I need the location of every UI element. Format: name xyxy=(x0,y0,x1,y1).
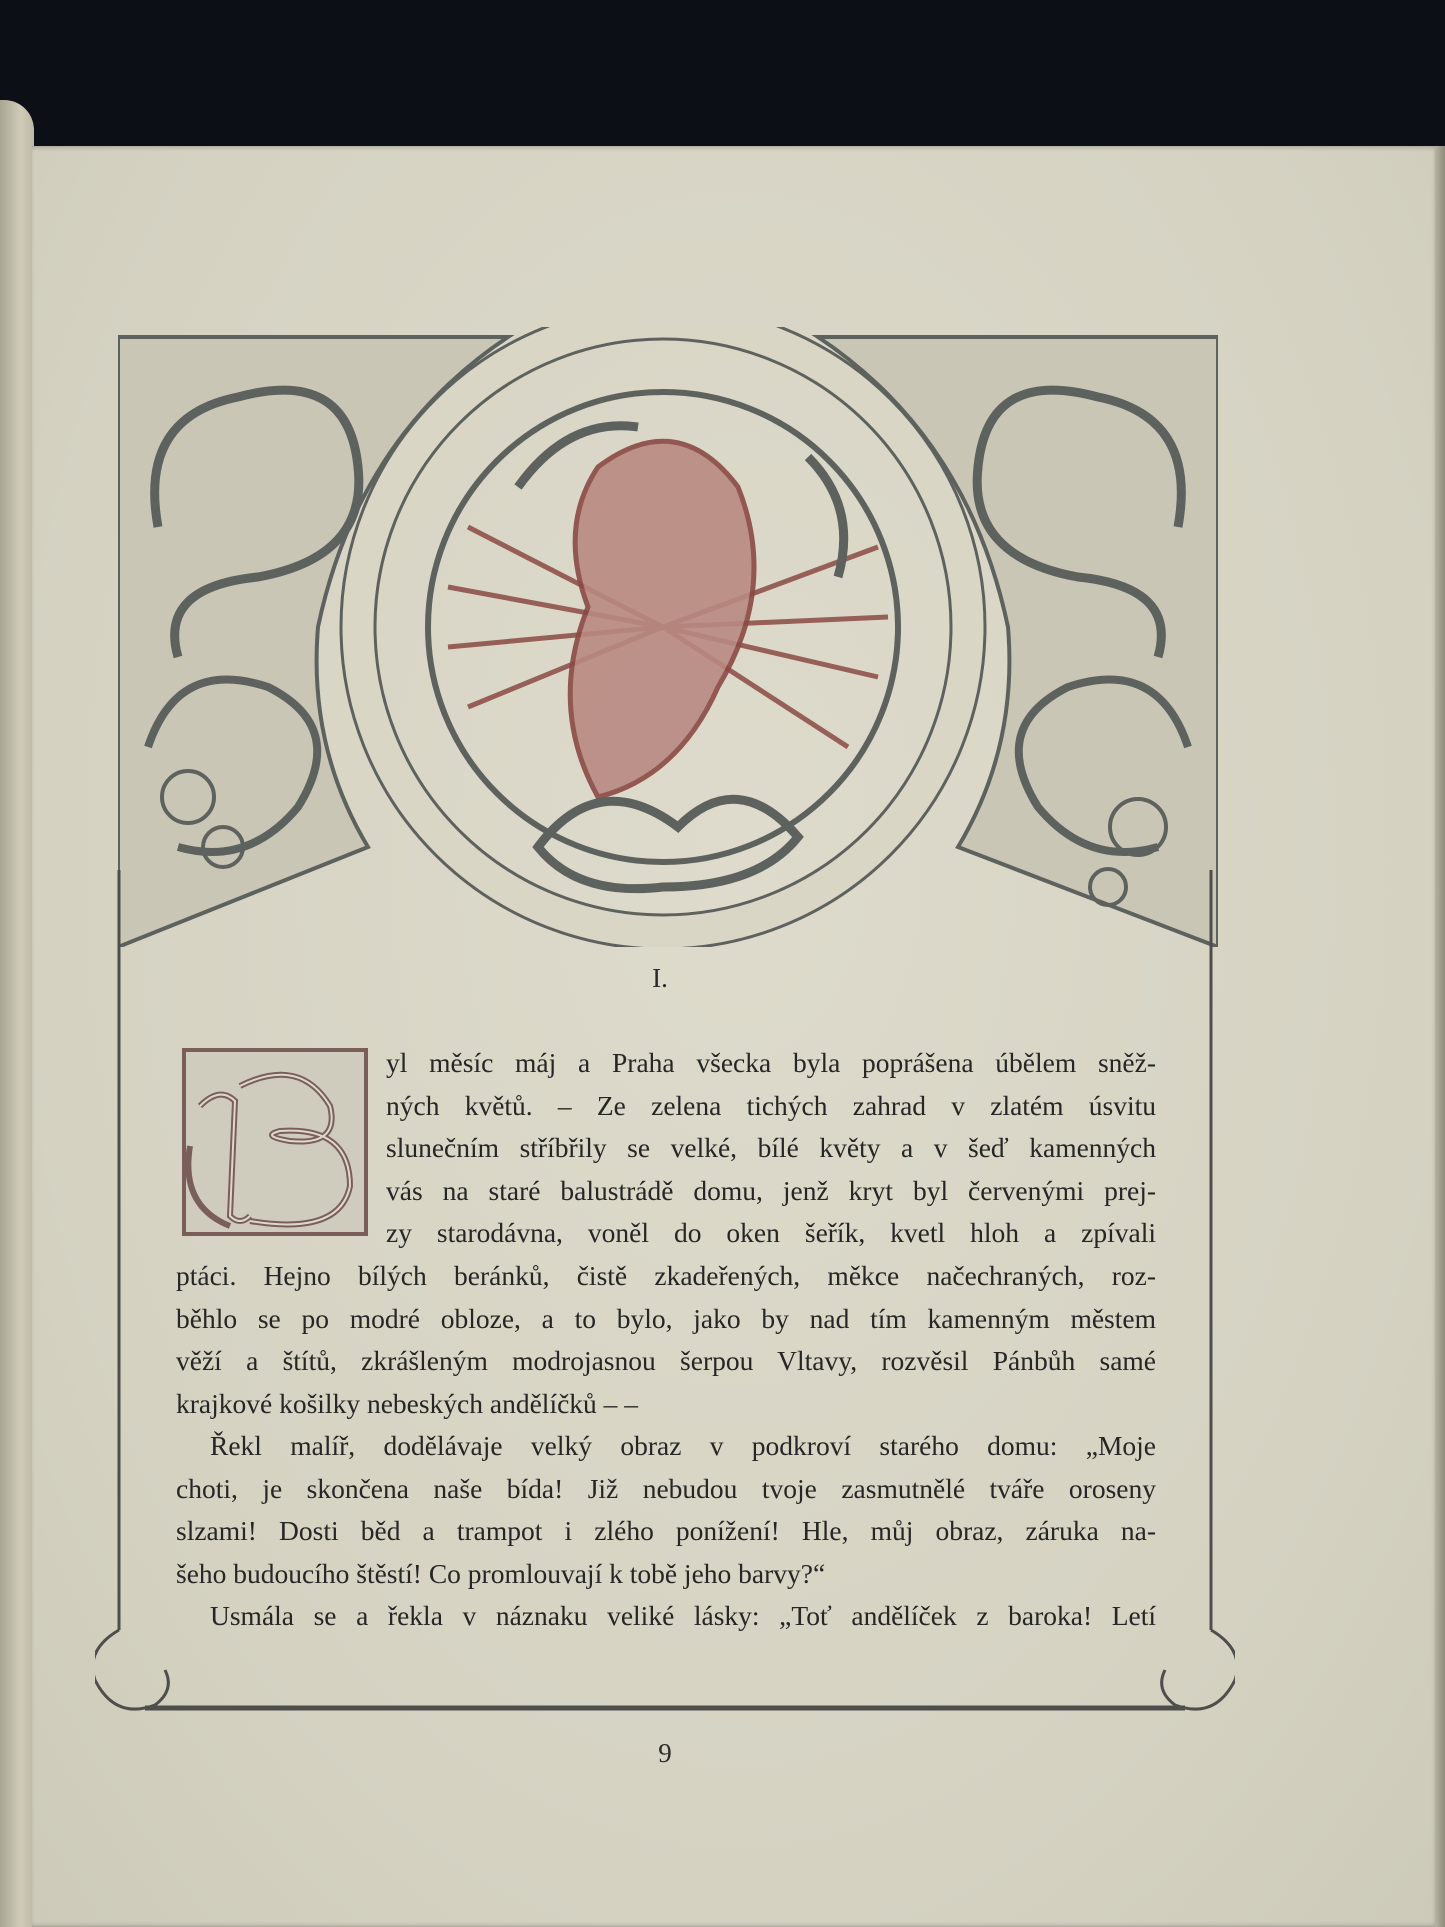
text-line: slunečním stříbřily se velké, bílé květy… xyxy=(386,1127,1156,1170)
facing-page-edge xyxy=(0,100,34,1927)
text-line: zy starodávna, voněl do oken šeřík, kvet… xyxy=(386,1212,1156,1255)
text-line: choti, je skončena naše bída! Již nebudo… xyxy=(176,1468,1156,1511)
text-line: krajkové košilky nebeských andělíčků – – xyxy=(176,1383,1156,1426)
text-line: Řekl malíř, dodělávaje velký obraz v pod… xyxy=(176,1425,1156,1468)
text-line: Usmála se a řekla v náznaku veliké lásky… xyxy=(176,1595,1156,1638)
header-ornament-illustration xyxy=(118,327,1218,947)
body-text: ptáci. Hejno bílých beránků, čistě zkade… xyxy=(176,1255,1156,1638)
text-line: ptáci. Hejno bílých beránků, čistě zkade… xyxy=(176,1255,1156,1298)
chapter-heading: I. xyxy=(0,963,1320,994)
drop-cap-b-ornament xyxy=(180,1046,370,1238)
text-line: slzami! Dosti běd a trampot i zlého poní… xyxy=(176,1510,1156,1553)
text-line: šeho budoucího štěstí! Co promlouvají k … xyxy=(176,1553,1156,1596)
text-line: běhlo se po modré obloze, a to bylo, jak… xyxy=(176,1298,1156,1341)
text-line: vás na staré balustrádě domu, jenž kryt … xyxy=(386,1170,1156,1213)
page-number: 9 xyxy=(0,1738,1330,1769)
text-line: yl měsíc máj a Praha všecka byla popráše… xyxy=(386,1042,1156,1085)
page-stack-edge xyxy=(1435,146,1445,1927)
text-line: ných květů. – Ze zelena tichých zahrad v… xyxy=(386,1085,1156,1128)
text-line: věží a štítů, zkrášleným modrojasnou šer… xyxy=(176,1340,1156,1383)
first-paragraph-dropcap-lines: yl měsíc máj a Praha všecka byla popráše… xyxy=(386,1042,1156,1255)
